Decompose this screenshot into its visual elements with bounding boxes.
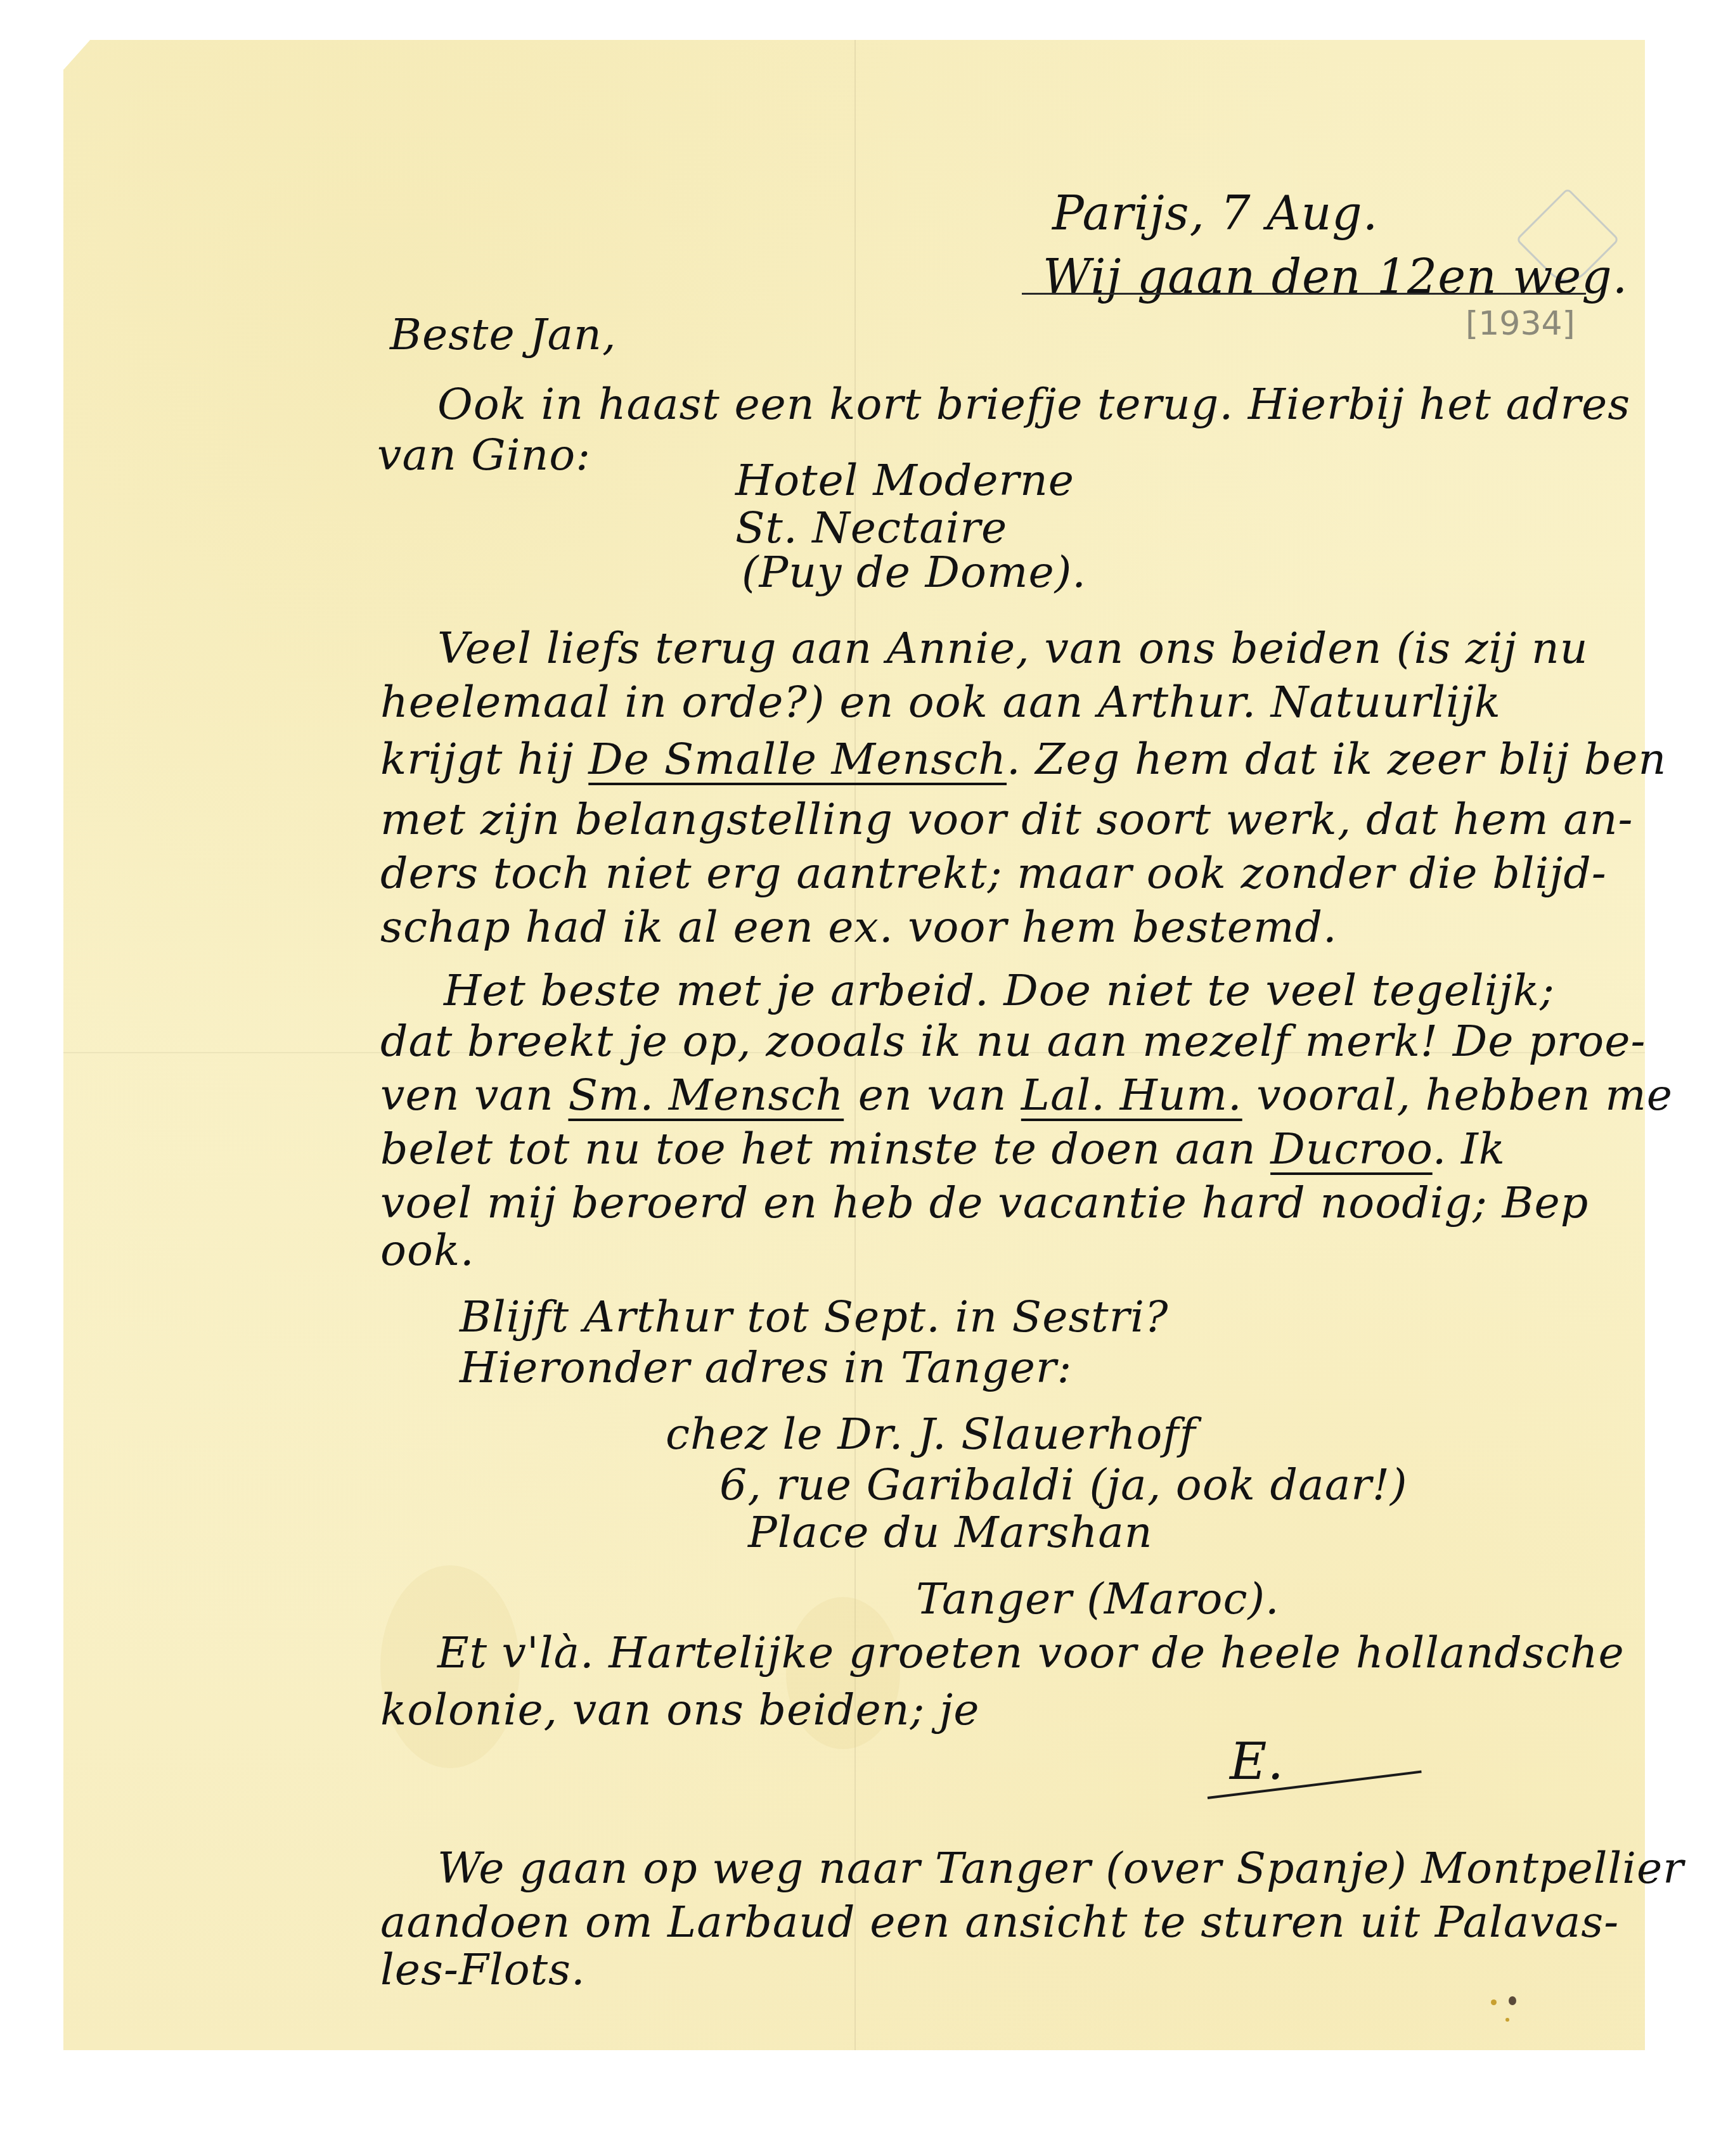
paragraph2-line: schap had ik al een ex. voor hem bestemd… [380, 906, 1337, 949]
paragraph4-line: Blijft Arthur tot Sept. in Sestri? [460, 1296, 1168, 1339]
text: en van [844, 1070, 1021, 1120]
paragraph3-line: belet tot nu toe het minste te doen aan … [380, 1128, 1505, 1171]
text: ven van [380, 1070, 568, 1120]
paragraph3-line: ook. [380, 1229, 475, 1273]
paragraph3-line: Het beste met je arbeid. Doe niet te vee… [444, 970, 1555, 1013]
paragraph1-line: Ook in haast een kort briefje terug. Hie… [437, 383, 1630, 427]
book-title-de-smalle-mensch: De Smalle Mensch [588, 735, 1007, 785]
title-sm-mensch: Sm. Mensch [568, 1070, 844, 1120]
postscript-line: We gaan op weg naar Tanger (over Spanje)… [437, 1847, 1684, 1890]
address-tanger-line: Tanger (Maroc). [916, 1578, 1280, 1621]
ink-spot [1509, 1996, 1516, 2005]
paragraph2-line: heelemaal in orde?) en ook aan Arthur. N… [380, 681, 1501, 724]
paragraph2-line: ders toch niet erg aantrekt; maar ook zo… [380, 852, 1607, 895]
paragraph2-line: met zijn belangstelling voor dit soort w… [380, 799, 1633, 842]
ink-spot [1505, 2018, 1509, 2022]
text: . Ik [1433, 1124, 1505, 1174]
signature: E. [1230, 1736, 1284, 1787]
text: belet tot nu toe het minste te doen aan [380, 1124, 1270, 1174]
closing-line: kolonie, van ons beiden; je [380, 1689, 979, 1732]
header-underline [1022, 293, 1586, 295]
postscript-line: aandoen om Larbaud een ansicht te sturen… [380, 1901, 1619, 1944]
address-gino-line: Hotel Moderne [735, 459, 1074, 503]
paragraph3-line: ven van Sm. Mensch en van Lal. Hum. voor… [380, 1074, 1673, 1117]
ink-spot [1491, 1999, 1497, 2005]
postscript-line: les-Flots. [380, 1949, 586, 1992]
paragraph4-line: Hieronder adres in Tanger: [460, 1347, 1073, 1390]
title-ducroo: Ducroo [1270, 1124, 1433, 1174]
paragraph2-line: krijgt hij De Smalle Mensch. Zeg hem dat… [380, 738, 1666, 781]
address-tanger-line: 6, rue Garibaldi (ja, ook daar!) [719, 1464, 1408, 1507]
paragraph3-line: voel mij beroerd en heb de vacantie hard… [380, 1182, 1589, 1225]
paragraph3-line: dat breekt je op, zooals ik nu aan mezel… [380, 1020, 1646, 1063]
archival-date-pencil: [1934] [1466, 307, 1575, 340]
title-lal-hum: Lal. Hum. [1021, 1070, 1242, 1120]
address-tanger-line: chez le Dr. J. Slauerhoff [666, 1413, 1196, 1456]
salutation: Beste Jan, [390, 314, 617, 357]
text: vooral, hebben me [1242, 1070, 1673, 1120]
paragraph2-line: Veel liefs terug aan Annie, van ons beid… [437, 627, 1589, 671]
address-gino-line: St. Nectaire [735, 507, 1007, 550]
closing-line: Et v'là. Hartelijke groeten voor de heel… [437, 1632, 1625, 1675]
paragraph1-line: van Gino: [377, 434, 591, 477]
place-date: Parijs, 7 Aug. [1052, 190, 1378, 237]
address-gino-line: (Puy de Dome). [742, 551, 1086, 594]
text: . Zeg hem dat ik zeer blij ben [1007, 735, 1666, 785]
text: krijgt hij [380, 735, 588, 785]
address-tanger-line: Place du Marshan [748, 1511, 1153, 1555]
